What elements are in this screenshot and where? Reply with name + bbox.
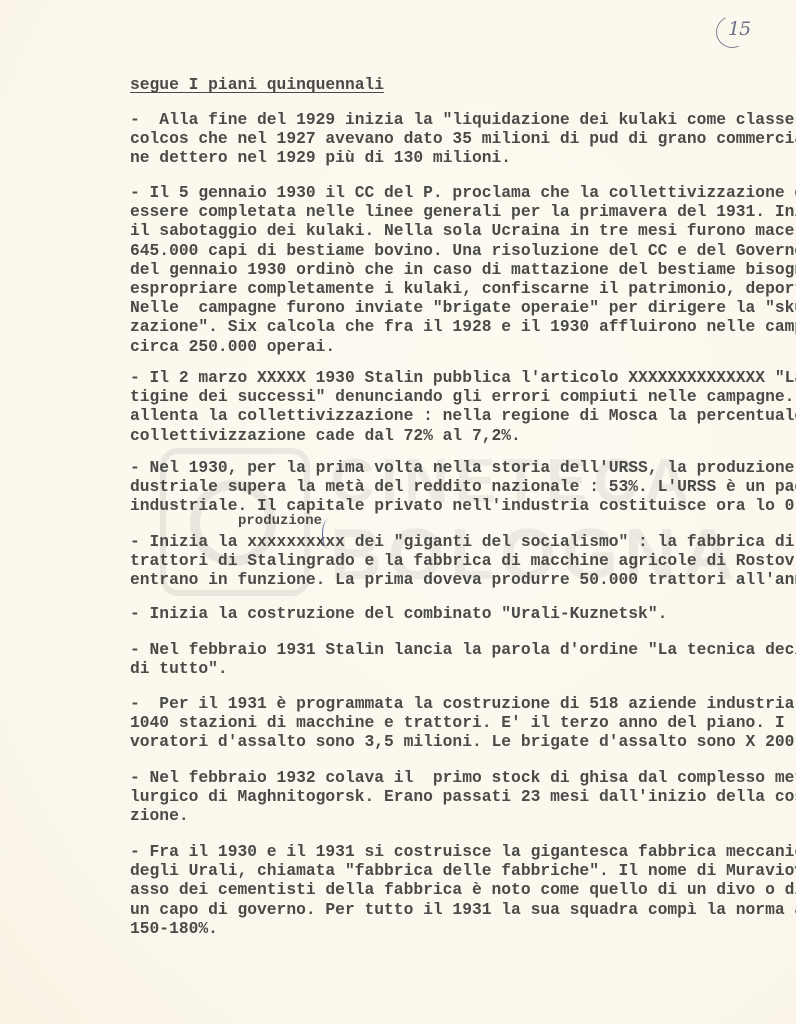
- text-line: Nelle campagne furono inviate "brigate o…: [130, 298, 796, 317]
- text-line: - Inizia la costruzione del combinato "U…: [130, 604, 667, 623]
- text-line: di tutto".: [130, 659, 796, 678]
- paragraph: - Nel febbraio 1931 Stalin lancia la par…: [130, 640, 796, 678]
- text-line: - Il 5 gennaio 1930 il CC del P. proclam…: [130, 183, 796, 202]
- section-heading: segue I piani quinquennali: [130, 75, 384, 94]
- paragraph: - Inizia la costruzione del combinato "U…: [130, 604, 667, 623]
- text-line: - Per il 1931 è programmata la costruzio…: [130, 694, 796, 713]
- text-line: - Nel febbraio 1932 colava il primo stoc…: [130, 768, 796, 787]
- paragraph: - Il 2 marzo XXXXX 1930 Stalin pubblica …: [130, 368, 796, 445]
- text-line: - Nel 1930, per la prima volta nella sto…: [130, 458, 796, 477]
- text-line: - Alla fine del 1929 inizia la "liquidaz…: [130, 110, 796, 129]
- paragraph: - Nel febbraio 1932 colava il primo stoc…: [130, 768, 796, 826]
- text-line: allenta la collettivizzazione : nella re…: [130, 406, 796, 425]
- text-line: collettivizzazione cade dal 72% al 7,2%.: [130, 426, 796, 445]
- handwritten-page-number: 15: [716, 14, 758, 48]
- text-line: un capo di governo. Per tutto il 1931 la…: [130, 900, 796, 919]
- text-line: espropriare completamente i kulaki, conf…: [130, 279, 796, 298]
- text-line: colcos che nel 1927 avevano dato 35 mili…: [130, 129, 796, 148]
- text-line: dustriale supera la metà del reddito naz…: [130, 477, 796, 496]
- text-line: circa 250.000 operai.: [130, 337, 796, 356]
- text-line: degli Urali, chiamata "fabbrica delle fa…: [130, 861, 796, 880]
- text-line: tigine dei successi" denunciando gli err…: [130, 387, 796, 406]
- text-line: asso dei cementisti della fabbrica è not…: [130, 880, 796, 899]
- text-line: il sabotaggio dei kulaki. Nella sola Ucr…: [130, 221, 796, 240]
- paragraph: - Alla fine del 1929 inizia la "liquidaz…: [130, 110, 796, 168]
- text-line: essere completata nelle linee generali p…: [130, 202, 796, 221]
- paragraph: - Per il 1931 è programmata la costruzio…: [130, 694, 796, 752]
- text-line: 1040 stazioni di macchine e trattori. E'…: [130, 713, 796, 732]
- text-line: voratori d'assalto sono 3,5 milioni. Le …: [130, 732, 796, 751]
- text-line: 645.000 capi di bestiame bovino. Una ris…: [130, 241, 796, 260]
- text-line: del gennaio 1930 ordinò che in caso di m…: [130, 260, 796, 279]
- document-page: CINETECA BOLOGNA 15 segue I piani quinqu…: [0, 0, 796, 1024]
- text-line: zazione". Six calcola che fra il 1928 e …: [130, 317, 796, 336]
- paragraph: - Il 5 gennaio 1930 il CC del P. proclam…: [130, 183, 796, 356]
- text-line: entrano in funzione. La prima doveva pro…: [130, 570, 796, 589]
- text-line: trattori di Stalingrado e la fabbrica di…: [130, 551, 796, 570]
- paragraph: - Inizia la xxxxxxxxxx dei "giganti del …: [130, 532, 796, 590]
- text-line: lurgico di Maghnitogorsk. Erano passati …: [130, 787, 796, 806]
- text-line: - Il 2 marzo XXXXX 1930 Stalin pubblica …: [130, 368, 796, 387]
- paragraph: - Nel 1930, per la prima volta nella sto…: [130, 458, 796, 516]
- text-line: 150-180%.: [130, 919, 796, 938]
- text-line: - Fra il 1930 e il 1931 si costruisce la…: [130, 842, 796, 861]
- page-number-text: 15: [728, 18, 750, 40]
- insertion-caret-icon: [322, 519, 335, 549]
- text-line: - Nel febbraio 1931 Stalin lancia la par…: [130, 640, 796, 659]
- text-line: industriale. Il capitale privato nell'in…: [130, 496, 796, 515]
- paragraph: - Fra il 1930 e il 1931 si costruisce la…: [130, 842, 796, 938]
- text-line: - Inizia la xxxxxxxxxx dei "giganti del …: [130, 532, 796, 551]
- text-line: ne dettero nel 1929 più di 130 milioni.: [130, 148, 796, 167]
- text-line: zione.: [130, 806, 796, 825]
- handwritten-insertion: produzione: [238, 513, 322, 529]
